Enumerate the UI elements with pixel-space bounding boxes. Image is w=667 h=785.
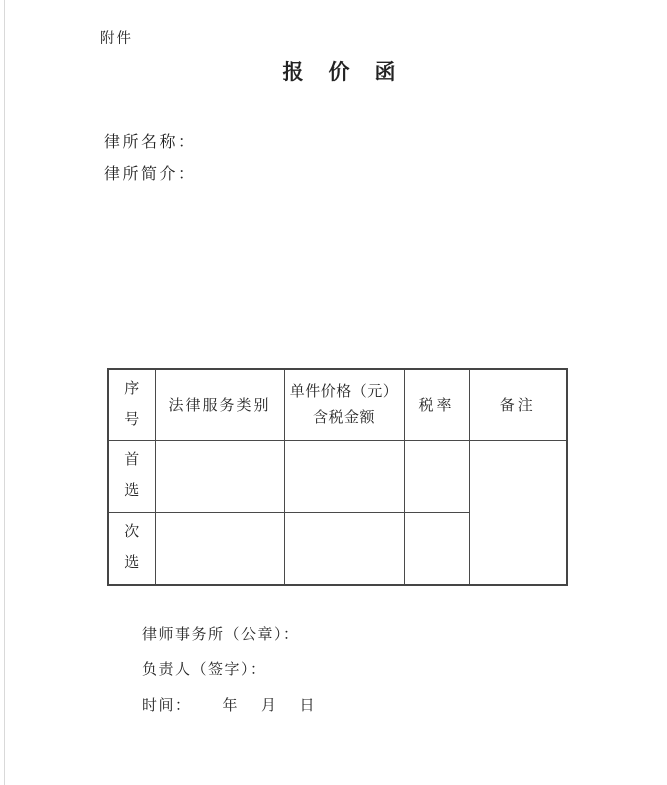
firm-name-label: 律所名称： <box>104 129 197 152</box>
date-line: 时间：年月日 <box>142 694 316 715</box>
row1-seq: 首 选 <box>108 440 155 512</box>
header-category: 法律服务类别 <box>155 369 284 440</box>
header-price-line2: 含税金额 <box>285 405 404 431</box>
table-row-first-choice: 首 选 <box>108 440 567 512</box>
table-header-row: 序 号 法律服务类别 单件价格（元） 含税金额 税率 备注 <box>108 369 567 440</box>
firm-seal-label: 律师事务所（公章）： <box>142 623 300 644</box>
firm-intro-label: 律所简介： <box>104 161 197 184</box>
row1-price-cell <box>284 440 404 512</box>
scan-edge-artifact <box>4 0 5 785</box>
row2-category-cell <box>155 512 284 585</box>
header-tax-rate: 税率 <box>404 369 469 440</box>
remarks-merged-cell <box>469 440 567 585</box>
row1-tax-rate-cell <box>404 440 469 512</box>
attachment-label: 附件 <box>100 27 133 48</box>
date-label: 时间： <box>142 698 192 714</box>
header-remarks: 备注 <box>469 369 567 440</box>
row2-seq-line1: 次 <box>109 517 155 548</box>
head-signature-label: 负责人（签字）： <box>142 658 267 679</box>
row2-tax-rate-cell <box>404 512 469 585</box>
date-year-label: 年 <box>223 698 240 714</box>
row2-seq: 次 选 <box>108 512 155 585</box>
header-seq: 序 号 <box>108 369 155 440</box>
date-day-label: 日 <box>300 698 317 714</box>
row1-seq-line2: 选 <box>109 476 155 507</box>
header-seq-line2: 号 <box>109 405 155 436</box>
row2-price-cell <box>284 512 404 585</box>
header-seq-line1: 序 <box>109 374 155 405</box>
row1-category-cell <box>155 440 284 512</box>
header-price-line1: 单件价格（元） <box>285 379 404 405</box>
date-month-label: 月 <box>261 698 278 714</box>
page-title: 报 价 函 <box>283 56 398 86</box>
row2-seq-line2: 选 <box>109 548 155 579</box>
header-price: 单件价格（元） 含税金额 <box>284 369 404 440</box>
quotation-table: 序 号 法律服务类别 单件价格（元） 含税金额 税率 备注 首 选 <box>107 368 568 586</box>
row1-seq-line1: 首 <box>109 445 155 476</box>
